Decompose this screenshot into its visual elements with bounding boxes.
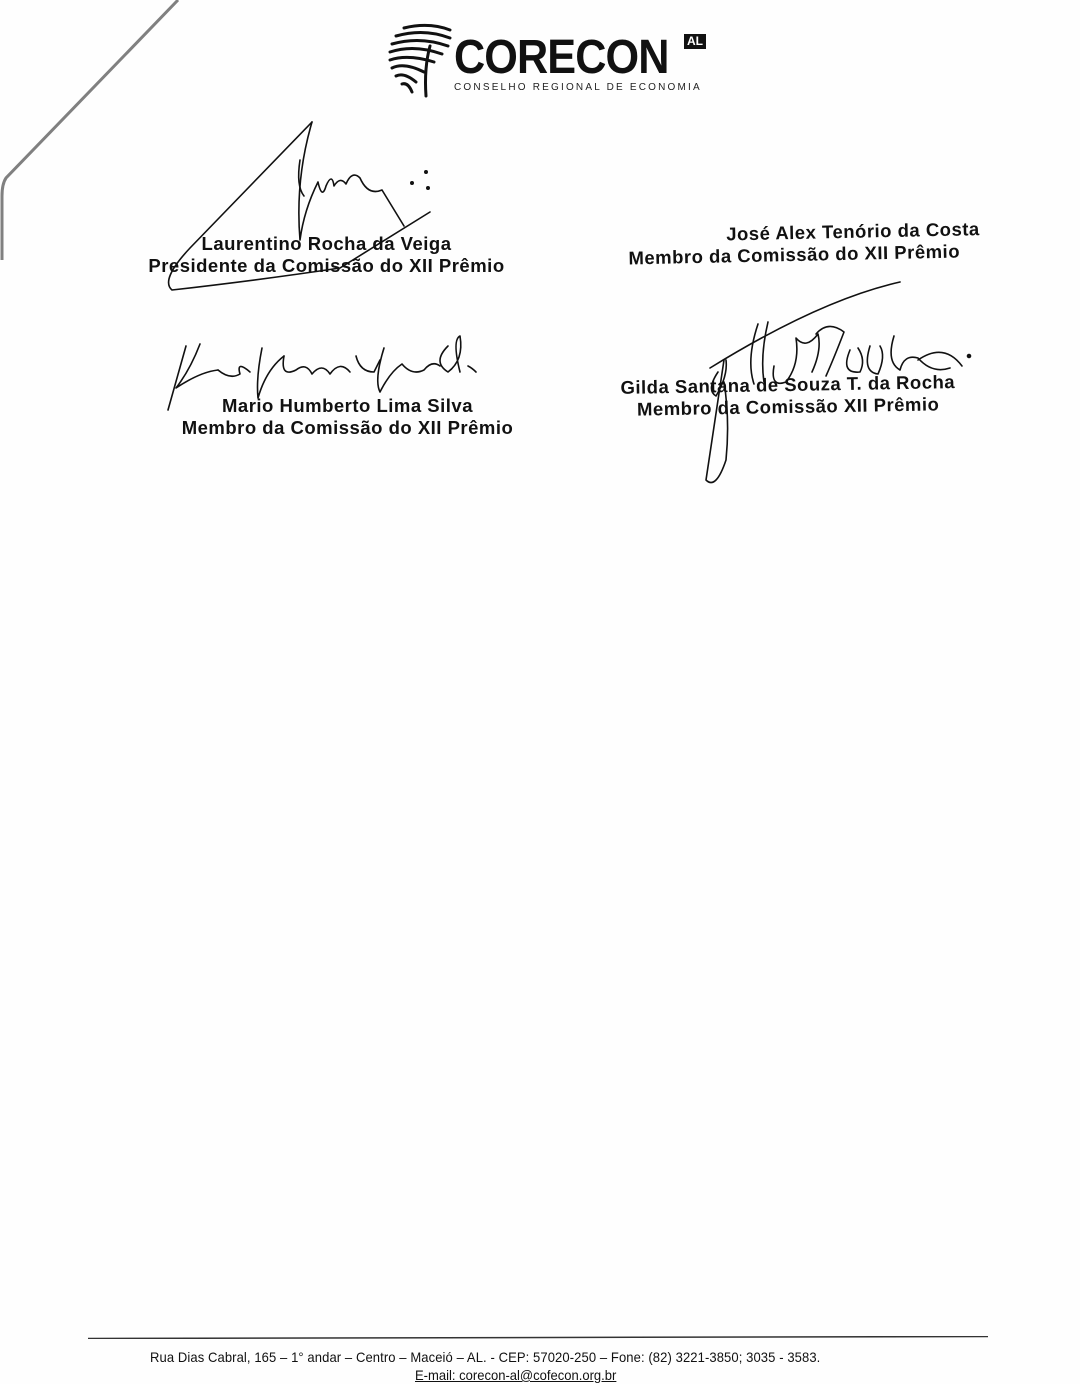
handwritten-signatures bbox=[0, 0, 1080, 1384]
org-name: CORECON bbox=[454, 30, 669, 85]
globe-stripes-icon bbox=[384, 16, 454, 100]
org-badge: AL bbox=[684, 34, 706, 49]
signatory-role: Presidente da Comissão do XII Prêmio bbox=[124, 255, 529, 277]
footer-divider bbox=[88, 1336, 988, 1339]
org-subtitle: CONSELHO REGIONAL DE ECONOMIA bbox=[454, 82, 702, 93]
footer-email-link[interactable]: E-mail: corecon-al@cofecon.org.br bbox=[415, 1367, 616, 1383]
signatory-name: Mario Humberto Lima Silva bbox=[160, 395, 535, 417]
signatory-role: Membro da Comissão do XII Prêmio bbox=[160, 417, 535, 439]
signatory-block: Gilda Santana de Souza T. da Rocha Membr… bbox=[598, 371, 979, 422]
signatory-block: José Alex Tenório da Costa Membro da Com… bbox=[608, 218, 981, 270]
page-fold-edge bbox=[0, 0, 1080, 1384]
footer-address: Rua Dias Cabral, 165 – 1° andar – Centro… bbox=[150, 1349, 820, 1365]
corecon-logo: CORECON AL CONSELHO REGIONAL DE ECONOMIA bbox=[384, 10, 714, 100]
signature-jose-alex bbox=[710, 282, 900, 368]
signatory-block: Mario Humberto Lima Silva Membro da Comi… bbox=[160, 395, 535, 439]
signatory-block: Laurentino Rocha da Veiga Presidente da … bbox=[124, 233, 529, 277]
signatory-name: Laurentino Rocha da Veiga bbox=[124, 233, 529, 255]
